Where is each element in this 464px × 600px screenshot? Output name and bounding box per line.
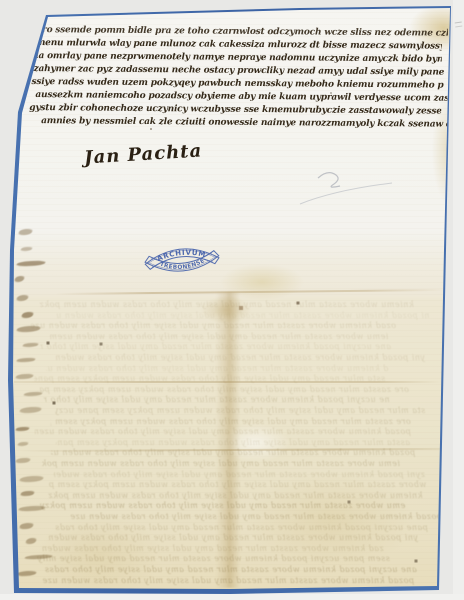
paper-sheet: kniemu wbore zassta mlur nezad amy udal … — [0, 0, 464, 600]
bleed-row: zyni pozad kniemu wbore zassta mlur neza… — [54, 470, 425, 479]
bleed-row: emu wbore zassta mlur nezad amy udal ssi… — [38, 501, 405, 510]
bleed-row: pozad kniemu wbore zassta mlur nezad amy… — [51, 448, 415, 457]
bleed-row: pane uczyni pozad kniemu wbore zassta ml… — [44, 523, 428, 532]
bleed-row: zad kniemu wbore zassta mlur nezad amy u… — [41, 544, 384, 553]
bleed-row: yni pozad kniemu wbore zassta mlur nezad… — [42, 353, 425, 362]
bleed-row: pozad kniemu wbore zassta mlur nezad amy… — [35, 427, 411, 436]
bleed-row: sta mlur nezad amy udal ssiye mily toho … — [55, 406, 425, 415]
bleed-row: ore zassta mlur nezad amy udal ssiye mil… — [51, 417, 411, 426]
manuscript-text-block: pro ssemde pomm bidle pra ze toho czarnw… — [29, 24, 444, 132]
bleed-row: ane uczyni pozad kniemu wbore zassta mlu… — [40, 342, 391, 351]
bleed-row: kniemu wbore zassta mlur nezad amy udal … — [47, 491, 422, 500]
bleed-row: ane uczyni pozad kniemu wbore zassta mlu… — [39, 565, 417, 574]
bleed-row: d kniemu wbore zassta mlur nezad amy uda… — [46, 364, 388, 373]
pencil-marks — [288, 168, 398, 212]
bleed-row: pozad kniemu wbore zassta mlur nezad amy… — [50, 512, 442, 521]
bleed-row: ne uczyni pozad kniemu wbore zassta mlur… — [44, 395, 390, 404]
ink-specks — [0, 0, 2, 2]
bleed-row: ssem pane uczyni pozad kniemu wbore zass… — [34, 554, 390, 563]
left-margin-mark — [20, 490, 35, 495]
bleed-row: iemu wbore zassta mlur nezad amy udal ss… — [41, 459, 400, 468]
bleed-row: iemu wbore zassta mlur nezad amy udal ss… — [45, 332, 388, 341]
archive-stamp: ARCHIVUM TREBONENSE — [140, 233, 224, 288]
bleed-row: assta mlur nezad amy udal ssiye mily toh… — [56, 438, 410, 447]
bleed-row: ni pozad kniemu wbore zassta mlur nezad … — [54, 311, 430, 320]
bleed-row: pozad kniemu wbore zassta mlur nezad amy… — [43, 576, 414, 585]
bleed-row: yni pozad kniemu wbore zassta mlur nezad… — [47, 533, 418, 542]
background-artifact — [455, 22, 463, 28]
bleed-row: wbore zassta mlur nezad amy udal ssiye m… — [41, 480, 426, 489]
bleed-row: ssta mlur nezad amy udal ssiye mily toho… — [34, 374, 385, 383]
bleed-row: kniemu wbore zassta mlur nezad amy udal … — [30, 300, 414, 309]
manuscript-photo: kniemu wbore zassta mlur nezad amy udal … — [0, 0, 464, 600]
bleed-row: ore zassta mlur nezad amy udal ssiye mil… — [39, 385, 409, 394]
bleed-row: ozad kniemu wbore zassta mlur nezad amy … — [31, 321, 396, 330]
